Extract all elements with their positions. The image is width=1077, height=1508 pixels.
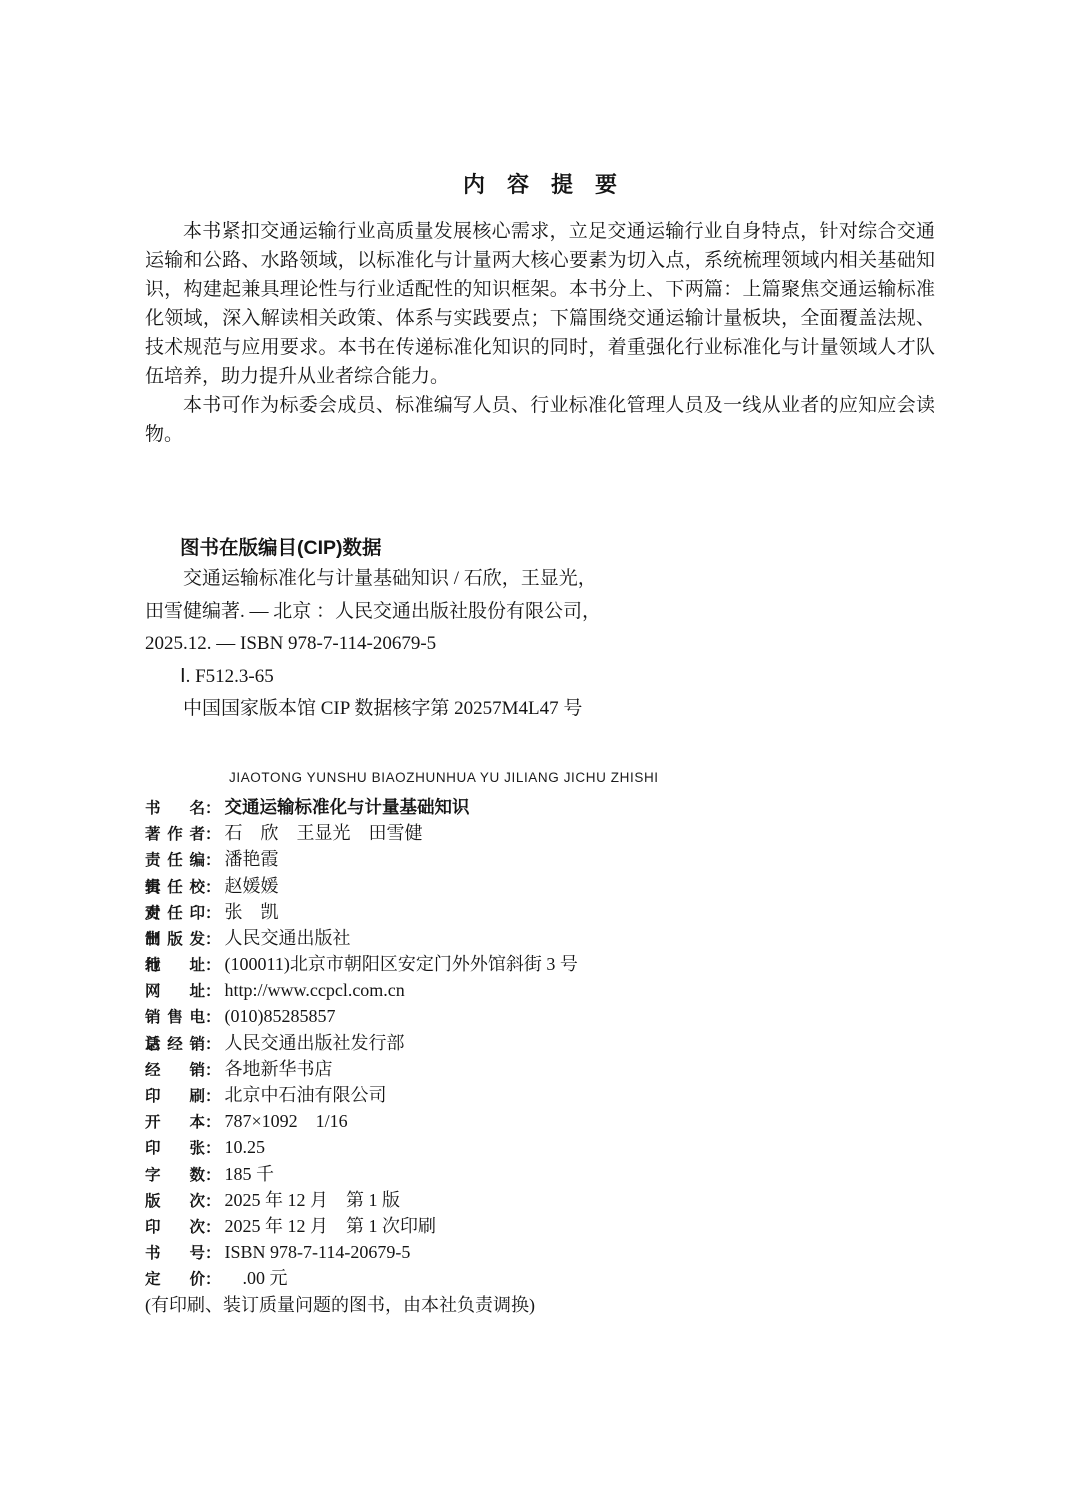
colophon-colon: ： [205, 1215, 221, 1241]
colophon-label: 网址 [145, 979, 205, 1005]
pinyin-title: JIAOTONG YUNSHU BIAOZHUNHUA YU JILIANG J… [229, 768, 935, 788]
colophon-row-price: 定价： .00 元 [145, 1265, 935, 1291]
colophon-value: 185 千 [225, 1161, 275, 1187]
colophon-row-general-distributor: 总经销：人民交通出版社发行部 [145, 1030, 935, 1056]
colophon-row-authors: 著作者：石 欣 王显光 田雪健 [145, 820, 935, 846]
colophon-value: http://www.ccpcl.com.cn [225, 977, 405, 1003]
colophon-row-print-supervisor: 责任印制：张 凯 [145, 899, 935, 925]
colophon-colon: ： [205, 1110, 221, 1136]
colophon-row-distributor: 经销：各地新华书店 [145, 1056, 935, 1082]
colophon-value: 交通运输标准化与计量基础知识 [225, 794, 470, 820]
colophon-row-isbn: 书号：ISBN 978-7-114-20679-5 [145, 1239, 935, 1265]
colophon-value: (100011)北京市朝阳区安定门外外馆斜街 3 号 [225, 951, 578, 977]
colophon-colon: ： [205, 1189, 221, 1215]
colophon-value: 各地新华书店 [225, 1056, 333, 1082]
colophon-row-editor: 责任编辑：潘艳霞 [145, 846, 935, 872]
colophon-label: 著作者 [145, 822, 205, 848]
colophon-row-publisher: 出版发行：人民交通出版社 [145, 925, 935, 951]
colophon-label: 印次 [145, 1215, 205, 1241]
colophon-colon: ： [205, 1267, 221, 1293]
colophon-label: 地址 [145, 953, 205, 979]
colophon-value: 2025 年 12 月 第 1 次印刷 [225, 1213, 437, 1239]
colophon-row-sales-phone: 销售电话：(010)85285857 [145, 1003, 935, 1029]
colophon-colon: ： [205, 822, 221, 848]
colophon-label: 版次 [145, 1189, 205, 1215]
colophon-row-proofreader: 责任校对：赵媛媛 [145, 873, 935, 899]
colophon-value: 2025 年 12 月 第 1 版 [225, 1187, 401, 1213]
summary-paragraph-1: 本书紧扣交通运输行业高质量发展核心需求，立足交通运输行业自身特点，针对综合交通运… [145, 217, 935, 391]
summary-paragraph-2: 本书可作为标委会成员、标准编写人员、行业标准化管理人员及一线从业者的应知应会读物… [145, 391, 935, 449]
colophon-row-website: 网址：http://www.ccpcl.com.cn [145, 977, 935, 1003]
cip-line: Ⅰ. F512.3-65 [145, 661, 935, 694]
colophon-label: 印刷 [145, 1084, 205, 1110]
cip-section: 图书在版编目(CIP)数据 交通运输标准化与计量基础知识 / 石欣，王显光， 田… [145, 533, 935, 726]
copyright-page: 内容提要 本书紧扣交通运输行业高质量发展核心需求，立足交通运输行业自身特点，针对… [0, 0, 1077, 1508]
colophon-value: 北京中石油有限公司 [225, 1082, 387, 1108]
colophon-label: 字数 [145, 1163, 205, 1189]
colophon-value: .00 元 [225, 1265, 288, 1291]
colophon: 书名：交通运输标准化与计量基础知识 著作者：石 欣 王显光 田雪健 责任编辑：潘… [145, 794, 935, 1292]
colophon-colon: ： [205, 901, 221, 927]
colophon-row-word-count: 字数：185 千 [145, 1161, 935, 1187]
colophon-label: 经销 [145, 1058, 205, 1084]
colophon-row-impression: 印次：2025 年 12 月 第 1 次印刷 [145, 1213, 935, 1239]
summary-title: 内容提要 [145, 170, 935, 200]
colophon-label: 书号 [145, 1241, 205, 1267]
colophon-colon: ： [205, 927, 221, 953]
colophon-colon: ： [205, 1084, 221, 1110]
colophon-value: 10.25 [225, 1134, 266, 1160]
colophon-row-book-title: 书名：交通运输标准化与计量基础知识 [145, 794, 935, 820]
colophon-value: 赵媛媛 [225, 873, 279, 899]
colophon-colon: ： [205, 1163, 221, 1189]
colophon-colon: ： [205, 1032, 221, 1058]
colophon-colon: ： [205, 796, 221, 822]
content-summary-section: 内容提要 本书紧扣交通运输行业高质量发展核心需求，立足交通运输行业自身特点，针对… [145, 170, 935, 449]
colophon-value: 石 欣 王显光 田雪健 [225, 820, 423, 846]
colophon-colon: ： [205, 875, 221, 901]
colophon-value: 人民交通出版社发行部 [225, 1030, 405, 1056]
colophon-value: (010)85285857 [225, 1003, 336, 1029]
colophon-colon: ： [205, 1241, 221, 1267]
colophon-row-printer: 印刷：北京中石油有限公司 [145, 1082, 935, 1108]
colophon-row-edition: 版次：2025 年 12 月 第 1 版 [145, 1187, 935, 1213]
colophon-colon: ： [205, 848, 221, 874]
cip-line: 中国国家版本馆 CIP 数据核字第 20257M4L47 号 [145, 693, 935, 726]
cip-heading: 图书在版编目(CIP)数据 [180, 533, 935, 563]
colophon-value: 787×1092 1/16 [225, 1108, 348, 1134]
colophon-label: 定价 [145, 1267, 205, 1293]
colophon-value: 潘艳霞 [225, 846, 279, 872]
colophon-label: 开本 [145, 1110, 205, 1136]
exchange-note: (有印刷、装订质量问题的图书，由本社负责调换) [145, 1292, 935, 1318]
colophon-colon: ： [205, 1136, 221, 1162]
colophon-value: 张 凯 [225, 899, 279, 925]
colophon-label: 印张 [145, 1136, 205, 1162]
colophon-colon: ： [205, 1058, 221, 1084]
colophon-row-format: 开本：787×1092 1/16 [145, 1108, 935, 1134]
colophon-colon: ： [205, 979, 221, 1005]
cip-line: 田雪健编著. — 北京 ：人民交通出版社股份有限公司， [145, 596, 935, 629]
colophon-colon: ： [205, 1005, 221, 1031]
colophon-row-sheets: 印张：10.25 [145, 1134, 935, 1160]
colophon-row-address: 地址：(100011)北京市朝阳区安定门外外馆斜街 3 号 [145, 951, 935, 977]
colophon-colon: ： [205, 953, 221, 979]
colophon-label: 总经销 [145, 1032, 205, 1058]
cip-line: 2025.12. — ISBN 978-7-114-20679-5 [145, 628, 935, 661]
colophon-value: 人民交通出版社 [225, 925, 351, 951]
cip-line: 交通运输标准化与计量基础知识 / 石欣，王显光， [145, 563, 935, 596]
colophon-label: 书名 [145, 796, 205, 822]
colophon-value: ISBN 978-7-114-20679-5 [225, 1239, 411, 1265]
